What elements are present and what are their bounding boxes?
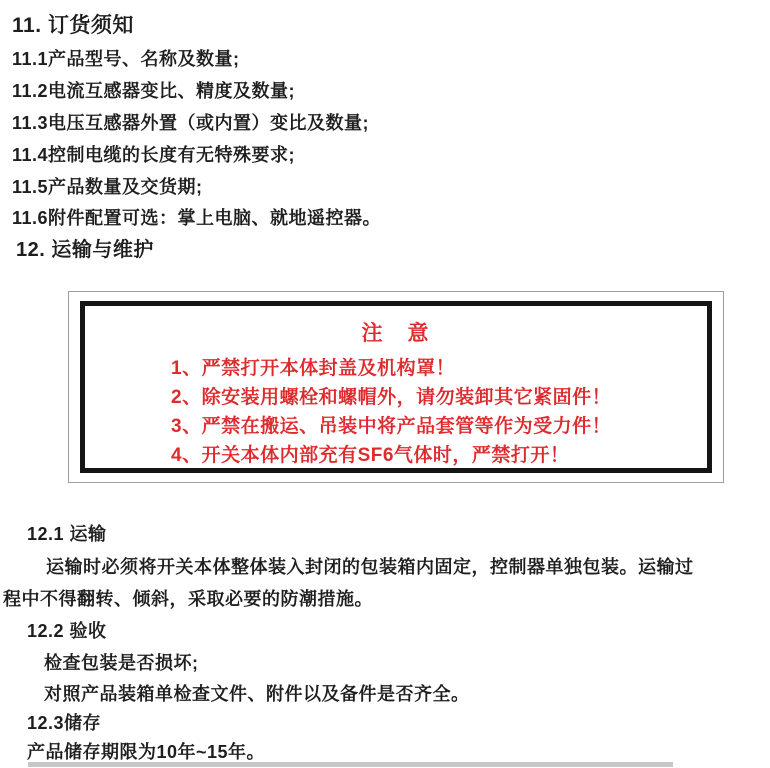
acceptance-line-2: 对照产品装箱单检查文件、附件以及备件是否齐全。 — [44, 680, 470, 706]
ordering-item-1: 11.1产品型号、名称及数量; — [12, 45, 240, 71]
transport-heading: 12.1 运输 — [27, 520, 107, 546]
ordering-item-6: 11.6附件配置可选：掌上电脑、就地遥控器。 — [12, 204, 381, 230]
notice-item-4: 4、开关本体内部充有SF6气体时，严禁打开！ — [171, 441, 707, 470]
acceptance-heading: 12.2 验收 — [27, 617, 107, 643]
section-12-title: 12. 运输与维护 — [16, 233, 154, 262]
notice-item-list: 1、严禁打开本体封盖及机构罩！ 2、除安装用螺栓和螺帽外，请勿装卸其它紧固件！ … — [171, 354, 707, 470]
ordering-item-2: 11.2电流互感器变比、精度及数量; — [12, 77, 295, 103]
notice-item-2: 2、除安装用螺栓和螺帽外，请勿装卸其它紧固件！ — [171, 383, 707, 412]
ordering-item-3: 11.3电压互感器外置（或内置）变比及数量; — [12, 109, 369, 135]
scan-edge-artifact — [28, 762, 673, 767]
acceptance-line-1: 检查包装是否损坏; — [44, 649, 199, 675]
section-11-title: 11. 订货须知 — [12, 9, 134, 39]
storage-line: 产品储存期限为10年~15年。 — [27, 738, 265, 764]
notice-box-outer-frame: 注 意 1、严禁打开本体封盖及机构罩！ 2、除安装用螺栓和螺帽外，请勿装卸其它紧… — [68, 291, 724, 483]
transport-paragraph-line-1: 运输时必须将开关本体整体装入封闭的包装箱内固定，控制器单独包装。运输过 — [46, 553, 694, 579]
storage-heading: 12.3储存 — [27, 709, 101, 735]
ordering-item-5: 11.5产品数量及交货期; — [12, 173, 203, 199]
notice-title: 注 意 — [85, 317, 707, 347]
notice-box-inner-frame: 注 意 1、严禁打开本体封盖及机构罩！ 2、除安装用螺栓和螺帽外，请勿装卸其它紧… — [80, 301, 712, 473]
notice-item-1: 1、严禁打开本体封盖及机构罩！ — [171, 354, 707, 383]
manual-page: 11. 订货须知 11.1产品型号、名称及数量; 11.2电流互感器变比、精度及… — [0, 0, 770, 768]
transport-paragraph-line-2: 程中不得翻转、倾斜，采取必要的防潮措施。 — [3, 585, 373, 611]
notice-item-3: 3、严禁在搬运、吊装中将产品套管等作为受力件！ — [171, 412, 707, 441]
ordering-item-4: 11.4控制电缆的长度有无特殊要求; — [12, 141, 295, 167]
